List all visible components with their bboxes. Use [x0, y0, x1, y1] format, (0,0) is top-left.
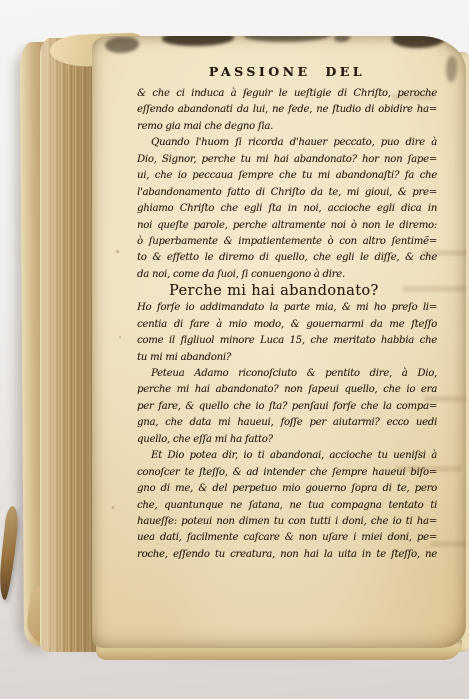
ink-smudge: [105, 37, 139, 53]
photo-scene: PASSIONE DEL & che ci induca à ſeguir le…: [0, 0, 469, 699]
foxing-spot: [112, 506, 114, 509]
text-line: gno di me, & del perpetuo mio gouerno ſo…: [137, 481, 437, 497]
text-line: haueſſe: poteui non dimen tu con tutti i…: [137, 514, 437, 530]
text-line: gna, che data mi haueui, foſſe per aiuta…: [137, 415, 437, 431]
text-line: da noi, come da ſuoi, ſi conuengono à di…: [137, 267, 437, 283]
text-line: per fare, & quello che io ſta? penſaui f…: [137, 399, 437, 415]
text-block: PASSIONE DEL & che ci induca à ſeguir le…: [137, 64, 437, 563]
text-line: ò ſuperbamente & impatientemente ò con a…: [137, 234, 437, 250]
foxing-spot: [116, 250, 119, 253]
text-line: perche mi hai abandonato? non ſapeui que…: [137, 382, 437, 398]
foxing-spot: [119, 336, 121, 338]
ink-smudge: [244, 36, 330, 42]
text-line: Peteua Adamo riconoſciuto & pentito dire…: [137, 366, 437, 382]
text-lines: & che ci induca à ſeguir le ueſtigie di …: [137, 86, 437, 563]
text-line: roche, eſſendo tu creatura, non hai la u…: [137, 547, 437, 563]
text-line: remo gia mai che degno ſia.: [137, 119, 437, 135]
text-line: eſſendo abandonati da lui, ne fede, ne ſ…: [137, 102, 437, 118]
text-line: ghiamo Chriſto che egli ſta in noi, acci…: [137, 201, 437, 217]
text-line: l'abandonamento fatto di Chriſto da te, …: [137, 185, 437, 201]
text-line: Dio, Signor, perche tu mi hai abandonato…: [137, 152, 437, 168]
ink-smudge: [162, 36, 234, 46]
ink-smudge: [334, 36, 350, 42]
text-line: conoſcer te ſteſſo, & ad intender che ſe…: [137, 465, 437, 481]
text-line: tu mi mi abandoni?: [137, 350, 437, 366]
text-line: uea dati, facilmente caſcare & non uſare…: [137, 530, 437, 546]
text-line: che, quantunque ne ſatana, ne tua compag…: [137, 498, 437, 514]
text-line: Ho forſe io addimandato la parte mia, & …: [137, 300, 437, 316]
ink-smudge: [392, 36, 446, 48]
text-line: quello, che eſſa mi ha fatto?: [137, 432, 437, 448]
book-page: PASSIONE DEL & che ci induca à ſeguir le…: [92, 36, 466, 648]
text-line: ui, che io peccaua ſempre che tu mi aban…: [137, 168, 437, 184]
running-header: PASSIONE DEL: [137, 64, 437, 80]
text-line: centia di fare à mio modo, & gouernarmi …: [137, 317, 437, 333]
text-line: to & effetto le diremo di quello, che eg…: [137, 250, 437, 266]
text-line: noi queſte parole, perche altramente noi…: [137, 218, 437, 234]
text-line: & che ci induca à ſeguir le ueſtigie di …: [137, 86, 437, 102]
ink-smudge: [446, 56, 457, 82]
text-line: come il figliuol minore Luca 15, che mer…: [137, 333, 437, 349]
text-line: Quando l'huom ſi ricorda d'hauer peccato…: [137, 135, 437, 151]
section-heading: Perche mi hai abandonato?: [137, 283, 437, 300]
text-line: Et Dio potea dir, io ti abandonai, accio…: [137, 448, 437, 464]
